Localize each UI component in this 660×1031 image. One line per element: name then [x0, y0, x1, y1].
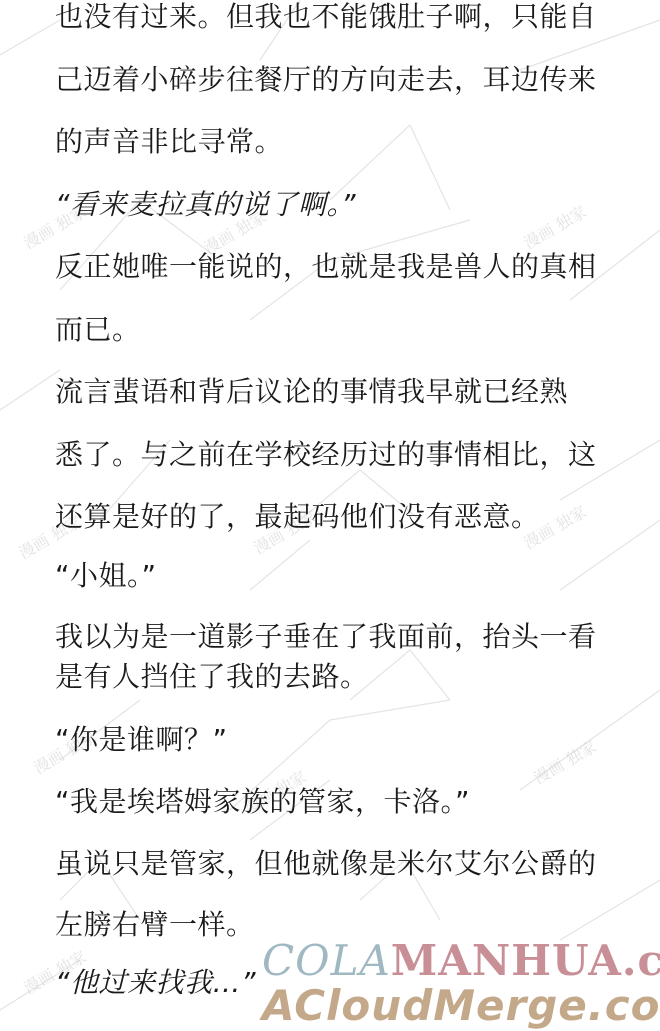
text-line: 也没有过来。但我也不能饿肚子啊，只能自 — [55, 0, 597, 34]
text-line: 虽说只是管家，但他就像是米尔艾尔公爵的 — [55, 847, 597, 881]
faint-watermark-stamp: 漫画 独家 — [529, 734, 600, 788]
acloudmerge-watermark-logo: ACloudMerge.com — [262, 983, 660, 1029]
dialogue-line: “我是埃塔姆家族的管家，卡洛。” — [55, 785, 470, 819]
faint-watermark-stamp: 漫画 独家 — [519, 199, 590, 253]
colamanhua-watermark-logo: COLAMANHUA.com — [262, 938, 660, 984]
logo-manhua-text: MANHUA.com — [391, 936, 660, 985]
text-line: 悉了。与之前在学校经历过的事情相比，这 — [55, 438, 597, 472]
text-line: 还算是好的了，最起码他们没有恶意。 — [55, 500, 540, 534]
dialogue-line: “你是谁啊？” — [55, 723, 228, 757]
dialogue-line: “他过来找我…” — [55, 966, 256, 1000]
text-line: 左膀右臂一样。 — [55, 908, 255, 942]
dialogue-line: “看来麦拉真的说了啊。” — [55, 188, 356, 222]
text-line: 己迈着小碎步往餐厅的方向走去，耳边传来 — [55, 63, 597, 97]
dialogue-line: “小姐。” — [55, 559, 157, 593]
logo-cola-text: COLA — [262, 936, 391, 985]
text-line: 是有人挡住了我的去路。 — [55, 660, 369, 694]
text-line: 的声音非比寻常。 — [55, 125, 283, 159]
text-line: 我以为是一道影子垂在了我面前，抬头一看 — [55, 620, 597, 654]
text-line: 反正她唯一能说的，也就是我是兽人的真相 — [55, 250, 597, 284]
text-line: 流言蜚语和背后议论的事情我早就已经熟 — [55, 375, 568, 409]
text-line: 而已。 — [55, 313, 141, 347]
